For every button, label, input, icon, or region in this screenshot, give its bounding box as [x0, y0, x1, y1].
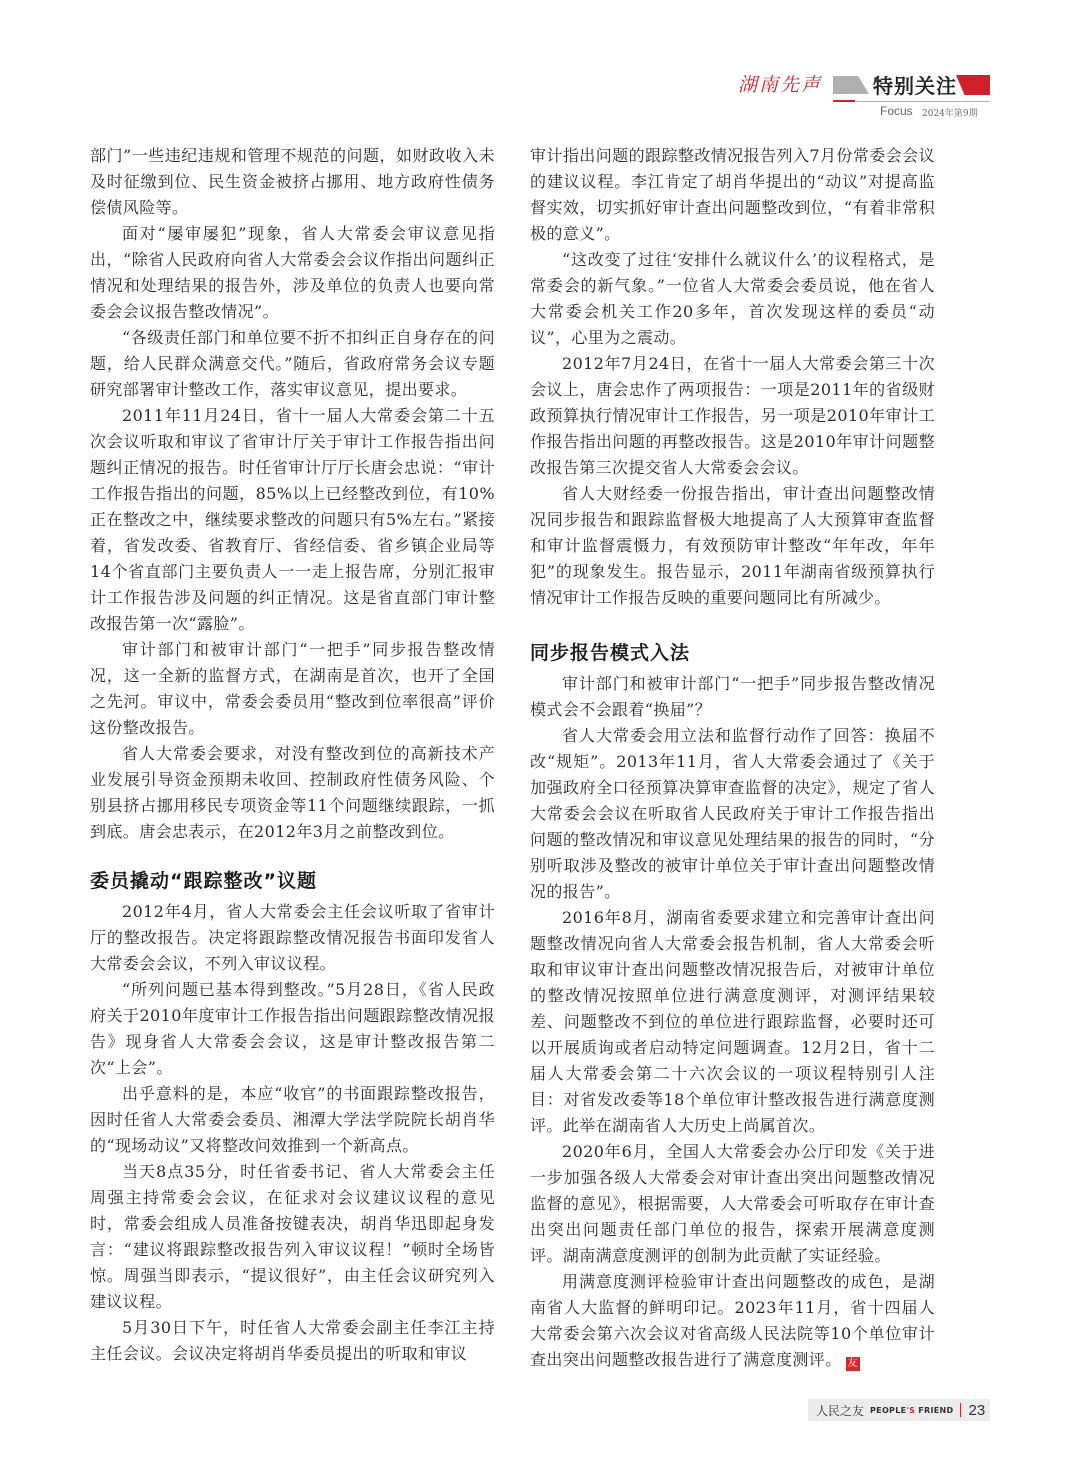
end-mark-icon: 友: [846, 1357, 860, 1371]
section-heading: 同步报告模式入法: [530, 639, 935, 667]
header-rule: [833, 101, 990, 102]
magazine-name-en: PEOPLE'S FRIEND: [870, 1406, 953, 1415]
left-column: 部门”一些违纪违规和管理不规范的问题，如财政收入未及时征缴到位、民生资金被挤占挪…: [90, 143, 495, 1367]
paragraph: 省人大财经委一份报告指出，审计查出问题整改情况同步报告和跟踪监督极大地提高了人大…: [530, 481, 935, 611]
paragraph: “所列问题已基本得到整改。”5月28日，《省人民政府关于2010年度审计工作报告…: [90, 977, 495, 1081]
gray-decor-bar: [833, 76, 869, 94]
paragraph: 审计指出问题的跟踪整改情况报告列入7月份常委会会议的建议议程。李江肯定了胡肖华提…: [530, 143, 935, 247]
paragraph: 2016年8月，湖南省委要求建立和完善审计查出问题整改情况向省人大常委会报告机制…: [530, 905, 935, 1139]
paragraph-text: 用满意度测评检验审计查出问题整改的成色，是湖南省人大监督的鲜明印记。2023年1…: [530, 1272, 935, 1369]
section-heading: 委员撬动“跟踪整改”议题: [90, 867, 495, 895]
paragraph: “这改变了过往‘安排什么就议什么’的议程格式，是常委会的新气象。”一位省人大常委…: [530, 247, 935, 351]
final-paragraph: 用满意度测评检验审计查出问题整改的成色，是湖南省人大监督的鲜明印记。2023年1…: [530, 1269, 935, 1373]
footer-divider: [960, 1403, 961, 1417]
right-column: 审计指出问题的跟踪整改情况报告列入7月份常委会会议的建议议程。李江肯定了胡肖华提…: [530, 143, 935, 1373]
paragraph: “各级责任部门和单位要不折不扣纠正自身存在的问题，给人民群众满意交代。”随后，省…: [90, 325, 495, 403]
paragraph: 当天8点35分，时任省委书记、省人大常委会主任周强主持常委会会议，在征求对会议建…: [90, 1159, 495, 1315]
paragraph: 省人大常委会用立法和监督行动作了回答：换届不改“规矩”。2013年11月，省人大…: [530, 723, 935, 905]
header-rule-accent: [833, 100, 855, 102]
paragraph: 审计部门和被审计部门“一把手”同步报告整改情况，这一全新的监督方式，在湖南是首次…: [90, 637, 495, 741]
paragraph: 部门”一些违纪违规和管理不规范的问题，如财政收入未及时征缴到位、民生资金被挤占挪…: [90, 143, 495, 221]
magazine-en-pre: PEOPLE: [870, 1406, 906, 1415]
paragraph: 5月30日下午，时任省人大常委会副主任李江主持主任会议。会议决定将胡肖华委员提出…: [90, 1315, 495, 1367]
paragraph: 审计部门和被审计部门“一把手”同步报告整改情况模式会不会跟着“换届”？: [530, 671, 935, 723]
magazine-en-post: FRIEND: [915, 1406, 953, 1415]
page-footer: 人民之友 PEOPLE'S FRIEND 23: [808, 1399, 990, 1421]
paragraph: 2011年11月24日，省十一届人大常委会第二十五次会议听取和审议了省审计厅关于…: [90, 403, 495, 637]
paragraph: 出乎意料的是，本应“收官”的书面跟踪整改报告，因时任省人大常委会委员、湘潭大学法…: [90, 1081, 495, 1159]
red-decor-bar: [956, 75, 990, 95]
page-number: 23: [968, 1402, 985, 1419]
issue-label: 2024年第9期: [922, 106, 978, 119]
focus-label: Focus: [880, 104, 913, 118]
paragraph: 2012年4月，省人大常委会主任会议听取了省审计厅的整改报告。决定将跟踪整改情况…: [90, 899, 495, 977]
paragraph: 省人大常委会要求，对没有整改到位的高新技术产业发展引导资金预期未收回、控制政府性…: [90, 741, 495, 845]
magazine-name-cn: 人民之友: [816, 1402, 864, 1419]
magazine-en-accent: 'S: [906, 1406, 915, 1415]
column-title: 特别关注: [873, 70, 957, 99]
paragraph: 2012年7月24日，在省十一届人大常委会第三十次会议上，唐会忠作了两项报告：一…: [530, 351, 935, 481]
paragraph: 2020年6月，全国人大常委会办公厅印发《关于进一步加强各级人大常委会对审计查出…: [530, 1139, 935, 1269]
section-name: 湖南先声: [738, 70, 822, 97]
paragraph: 面对“屡审屡犯”现象，省人大常委会审议意见指出，“除省人民政府向省人大常委会会议…: [90, 221, 495, 325]
page-header: 湖南先声 特别关注 Focus 2024年第9期: [0, 0, 1080, 130]
